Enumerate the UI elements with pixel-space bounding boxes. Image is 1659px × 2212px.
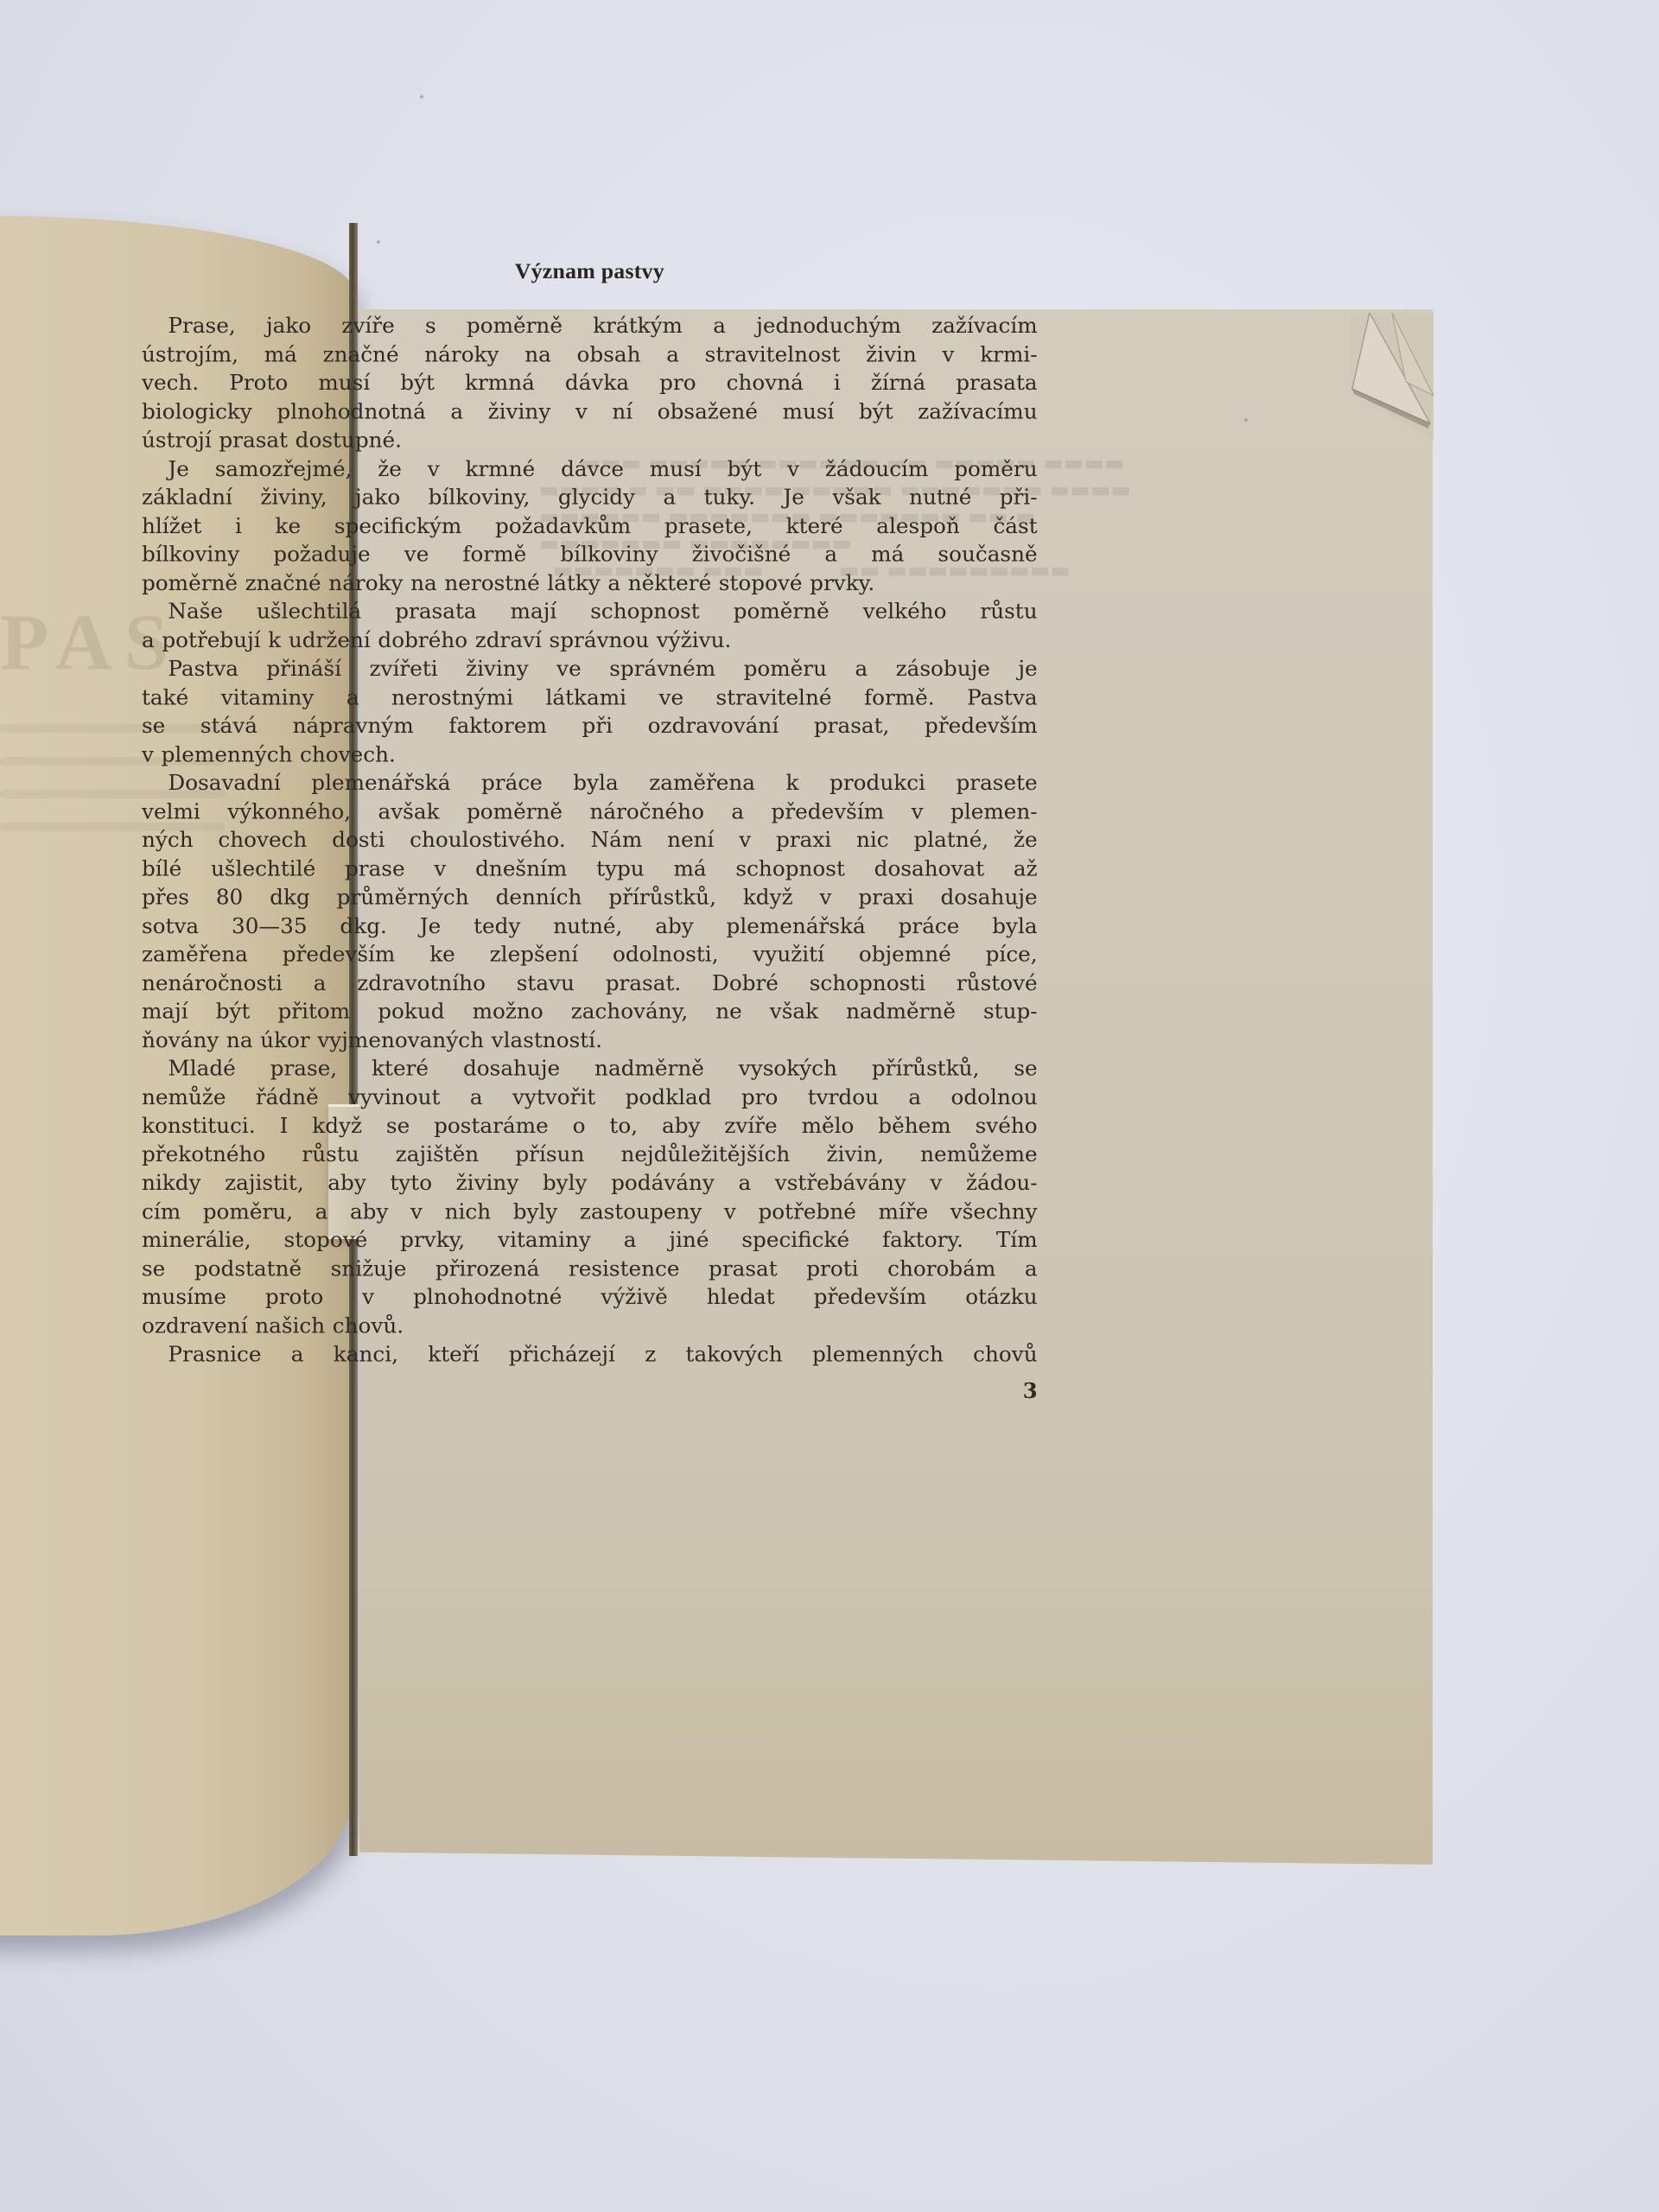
text-line: Dosavadní plemenářská práce byla zaměřen… bbox=[142, 769, 1038, 798]
text-line: ozdravení našich chovů. bbox=[142, 1312, 1038, 1340]
text-line: Naše ušlechtilá prasata mají schopnost p… bbox=[142, 597, 1038, 626]
text-line: nenáročnosti a zdravotního stavu prasat.… bbox=[142, 969, 1038, 997]
text-line: Mladé prase, které dosahuje nadměrně vys… bbox=[142, 1054, 1038, 1083]
text-line: konstituci. I když se postaráme o to, ab… bbox=[142, 1111, 1038, 1140]
text-line: vech. Proto musí být krmná dávka pro cho… bbox=[142, 369, 1038, 397]
text-line: a potřebují k udržení dobrého zdraví spr… bbox=[142, 626, 1038, 654]
text-line: ných chovech dosti choulostivého. Nám ne… bbox=[142, 826, 1038, 855]
folded-corner bbox=[1351, 313, 1433, 441]
text-line: nemůže řádně vyvinout a vytvořit podklad… bbox=[142, 1083, 1038, 1111]
text-line: v plemenných chovech. bbox=[142, 741, 1038, 769]
text-line: ústrojím, má značné nároky na obsah a st… bbox=[142, 340, 1038, 369]
paragraph-4: Pastva přináší zvířeti živiny ve správné… bbox=[142, 655, 1038, 769]
text-line: hlížet i ke specifickým požadavkům prase… bbox=[142, 512, 1038, 540]
background-speck bbox=[377, 240, 380, 244]
page-text-block: Význam pastvy Prase, jako zvíře s poměrn… bbox=[142, 259, 1038, 1417]
paragraph-2: Je samozřejmé, že v krmné dávce musí být… bbox=[142, 454, 1038, 597]
text-line: velmi výkonného, avšak poměrně náročného… bbox=[142, 798, 1038, 826]
paragraph-1: Prase, jako zvíře s poměrně krátkým a je… bbox=[142, 312, 1038, 454]
section-heading: Význam pastvy bbox=[142, 259, 1038, 284]
text-line: nikdy zajistit, aby tyto živiny byly pod… bbox=[142, 1169, 1038, 1198]
text-line: musíme proto v plnohodnotné výživě hleda… bbox=[142, 1283, 1038, 1312]
text-line: mají být přitom pokud možno zachovány, n… bbox=[142, 997, 1038, 1026]
text-line: ňovány na úkor vyjmenovaných vlastností. bbox=[142, 1026, 1038, 1054]
text-line: se stává nápravným faktorem při ozdravov… bbox=[142, 712, 1038, 741]
paragraph-6: Mladé prase, které dosahuje nadměrně vys… bbox=[142, 1054, 1038, 1340]
page-number: 3 bbox=[1023, 1378, 1038, 1403]
text-line: přes 80 dkg průměrných denních přírůstků… bbox=[142, 883, 1038, 912]
text-line: Je samozřejmé, že v krmné dávce musí být… bbox=[142, 454, 1038, 483]
text-line: překotného růstu zajištěn přísun nejdůle… bbox=[142, 1141, 1038, 1169]
text-line: základní živiny, jako bílkoviny, glycidy… bbox=[142, 483, 1038, 512]
page-speck bbox=[1244, 418, 1248, 422]
text-line: Pastva přináší zvířeti živiny ve správné… bbox=[142, 655, 1038, 683]
text-line: také vitaminy a nerostnými látkami ve st… bbox=[142, 683, 1038, 712]
text-line: minerálie, stopové prvky, vitaminy a jin… bbox=[142, 1226, 1038, 1255]
paragraph-3: Naše ušlechtilá prasata mají schopnost p… bbox=[142, 597, 1038, 654]
text-line: zaměřena především ke zlepšení odolnosti… bbox=[142, 940, 1038, 969]
text-line: cím poměru, a aby v nich byly zastoupeny… bbox=[142, 1198, 1038, 1226]
text-line: se podstatně snižuje přirozená resistenc… bbox=[142, 1255, 1038, 1283]
text-line: bílé ušlechtilé prase v dnešním typu má … bbox=[142, 855, 1038, 883]
text-line: poměrně značné nároky na nerostné látky … bbox=[142, 569, 1038, 597]
paragraph-5: Dosavadní plemenářská práce byla zaměřen… bbox=[142, 769, 1038, 1055]
text-line: bílkoviny požaduje ve formě bílkoviny ži… bbox=[142, 540, 1038, 569]
text-line: ústrojí prasat dostupné. bbox=[142, 426, 1038, 454]
text-line: sotva 30—35 dkg. Je tedy nutné, aby plem… bbox=[142, 912, 1038, 940]
text-line: biologicky plnohodnotná a živiny v ní ob… bbox=[142, 397, 1038, 426]
paragraph-7: Prasnice a kanci, kteří přicházejí z tak… bbox=[142, 1340, 1038, 1369]
text-line: Prasnice a kanci, kteří přicházejí z tak… bbox=[142, 1340, 1038, 1369]
background-speck bbox=[420, 95, 423, 99]
text-line: Prase, jako zvíře s poměrně krátkým a je… bbox=[142, 312, 1038, 340]
